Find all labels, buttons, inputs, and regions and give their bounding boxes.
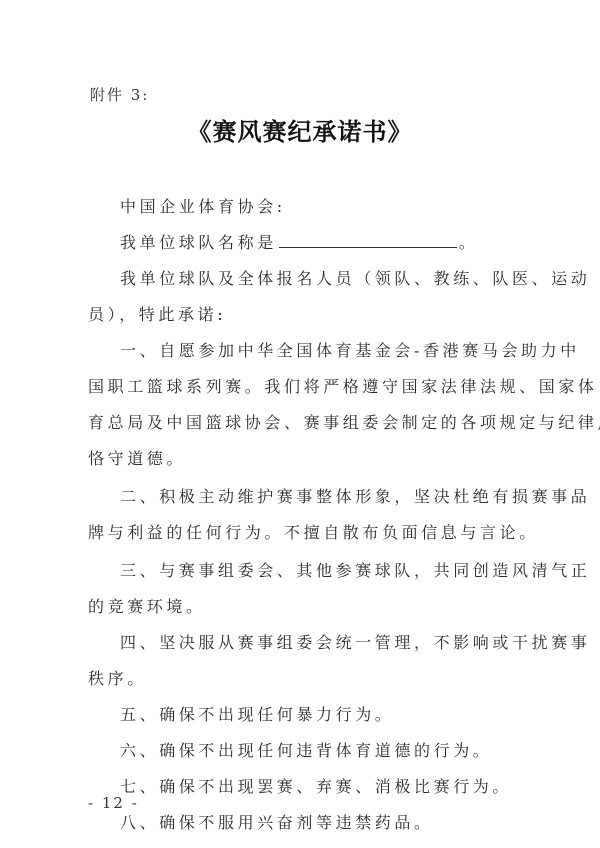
team-name-blank [279, 233, 457, 248]
pledge-8-line: 八、确保不服用兴奋剂等违禁药品。 [120, 810, 434, 833]
salutation: 中国企业体育协会: [120, 194, 286, 217]
body-line: 我单位球队及全体报名人员（领队、教练、队医、运动 [120, 266, 590, 289]
pledge-6-line: 六、确保不出现任何违背体育道德的行为。 [120, 738, 492, 761]
pledge-4-line: 秩序。 [88, 666, 147, 689]
pledge-2-line: 牌与利益的任何行为。不擅自散布负面信息与言论。 [88, 520, 539, 543]
pledge-1-line: 国职工篮球系列赛。我们将严格遵守国家法律法规、国家体 [88, 374, 598, 397]
document-page: 附件 3: 《赛风赛纪承诺书》 中国企业体育协会: 我单位球队名称是。 我单位球… [0, 0, 600, 848]
pledge-5-line: 五、确保不出现任何暴力行为。 [120, 702, 394, 725]
pledge-3-line: 三、与赛事组委会、其他参赛球队，共同创造风清气正 [120, 558, 590, 581]
team-name-prefix: 我单位球队名称是 [120, 233, 277, 252]
team-name-line: 我单位球队名称是。 [120, 230, 478, 253]
attachment-label: 附件 3: [90, 84, 149, 105]
pledge-7-line: 七、确保不出现罢赛、弃赛、消极比赛行为。 [120, 774, 512, 797]
pledge-4-line: 四、坚决服从赛事组委会统一管理，不影响或干扰赛事 [120, 630, 590, 653]
page-number: - 12 - [88, 794, 139, 812]
pledge-3-line: 的竞赛环境。 [88, 594, 206, 617]
document-title: 《赛风赛纪承诺书》 [0, 112, 600, 147]
pledge-1-line: 一、自愿参加中华全国体育基金会-香港赛马会助力中 [120, 338, 580, 361]
pledge-1-line: 育总局及中国篮球协会、赛事组委会制定的各项规定与纪律, [88, 410, 600, 433]
pledge-2-line: 二、积极主动维护赛事整体形象，坚决杜绝有损赛事品 [120, 484, 590, 507]
body-line: 员），特此承诺: [88, 302, 226, 325]
team-name-suffix: 。 [459, 233, 479, 252]
pledge-1-line: 恪守道德。 [88, 446, 186, 469]
